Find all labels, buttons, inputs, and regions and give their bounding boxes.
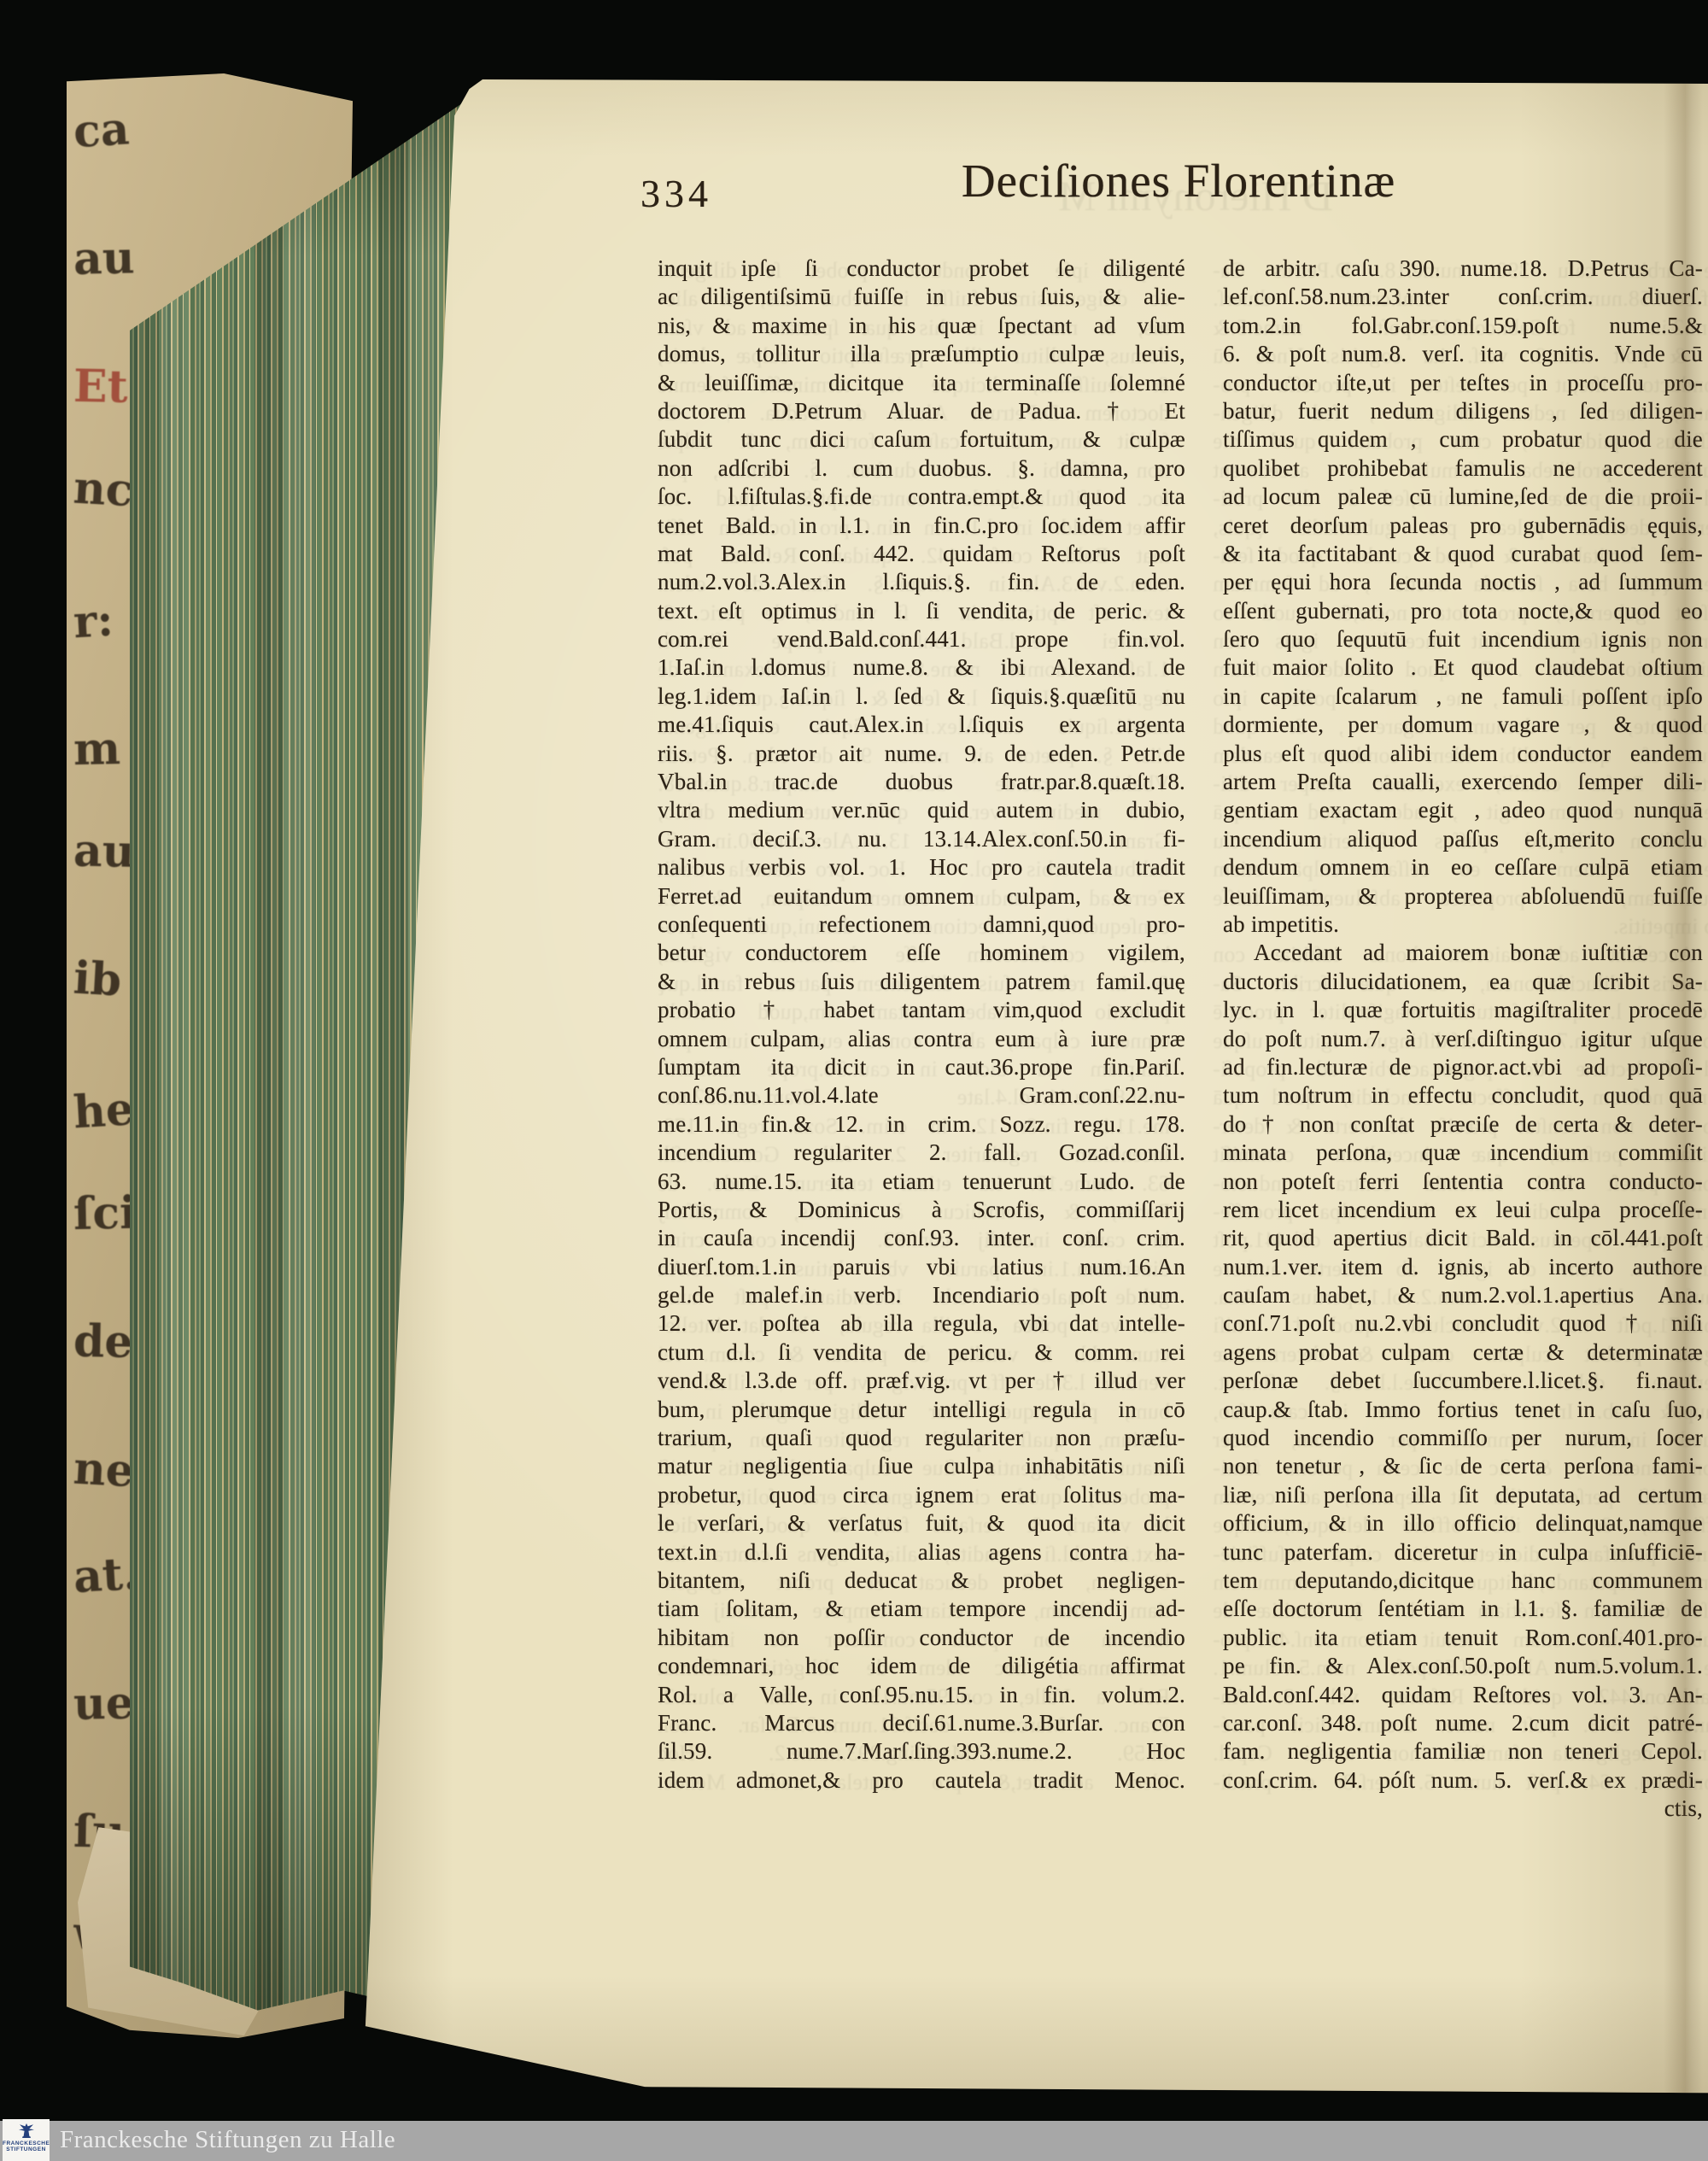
- text-line: artem Preſta caualli, exercendo ſemper d…: [1223, 768, 1703, 796]
- line-text: nalibus verbis vol. 1. Hoc pro cautela t…: [658, 854, 1185, 880]
- line-text: dendum omnem in eo ceſſare culpā etiam: [1223, 854, 1703, 880]
- text-line: eſſe doctorum ſentétiam in l.1. §. famil…: [1223, 1595, 1703, 1623]
- line-text: Bald.conſ.442. quidam Reſtores vol. 3. A…: [1223, 1682, 1703, 1707]
- page-number: 334: [640, 171, 786, 216]
- line-text: ac diligentiſsimū fuiſſe in rebus ſuis, …: [658, 284, 1185, 309]
- line-text: ductoris dilucidationem, ea quæ ſcribit …: [1223, 969, 1703, 994]
- text-line: Gram. deciſ.3. nu. 13.14.Alex.conſ.50.in…: [658, 825, 1185, 853]
- line-text: public. ita etiam tenuit Rom.conſ.401.pr…: [1223, 1625, 1703, 1650]
- line-text: me.41.ſiquis caut.Alex.in l.ſiquis ex ar…: [658, 712, 1185, 737]
- line-text: Franc. Marcus deciſ.61.nume.3.Burſar. co…: [658, 1710, 1185, 1736]
- line-text: pe fin. & Alex.conſ.50.poſt num.5.volum.…: [1223, 1653, 1703, 1678]
- line-text: gentiam exactam egit , adeo quod nunquā: [1223, 797, 1703, 823]
- text-line: ab impetitis.: [1223, 911, 1703, 939]
- line-text: ceret deorſum paleas pro gubernādis ęqui…: [1223, 512, 1703, 538]
- line-text: fam. negligentia familiæ non teneri Cepo…: [1223, 1738, 1703, 1764]
- text-line: tum noſtrum in effectu concludit, quod q…: [1223, 1081, 1703, 1110]
- text-line: non tenetur , & ſic de certa perſona fam…: [1223, 1452, 1703, 1480]
- text-column-right: de arbitr. caſu 390. nume.18. D.Petrus C…: [1223, 255, 1703, 1823]
- text-line: & leuiſſimæ, dicitque ita terminaſſe ſol…: [658, 369, 1185, 397]
- line-text: condemnari, hoc idem de diligétia affirm…: [658, 1653, 1185, 1678]
- line-text: & leuiſſimæ, dicitque ita terminaſſe ſol…: [658, 370, 1185, 395]
- line-text: ſumptam ita dicit in caut.36.prope fin.P…: [658, 1054, 1185, 1080]
- line-text: minata perſona, quæ incendium commiſit: [1223, 1139, 1703, 1165]
- line-text: text. eſt optimus in l. ſi vendita, de p…: [658, 598, 1185, 624]
- text-line: ac diligentiſsimū fuiſſe in rebus ſuis, …: [658, 283, 1185, 311]
- text-line: Bald.conſ.442. quidam Reſtores vol. 3. A…: [1223, 1681, 1703, 1709]
- text-line: riis. §. prætor ait nume. 9. de eden. Pe…: [658, 740, 1185, 768]
- line-text: caup.& ſtab. Immo fortius tenet in caſu …: [1223, 1397, 1703, 1422]
- line-text: diuerſ.tom.1.in paruis vbi latius num.16…: [658, 1254, 1185, 1280]
- line-text: Rol. a Valle, conſ.95.nu.15. in fin. vol…: [658, 1682, 1185, 1707]
- line-text: do poſt num.7. à verſ.diſtinguo igitur u…: [1223, 1026, 1703, 1051]
- line-text: incendium regulariter 2. fall. Gozad.con…: [658, 1139, 1185, 1165]
- text-line: tiſſimus quidem , cum probatur quod die: [1223, 425, 1703, 454]
- line-text: tem deputando,dicitque hanc communem: [1223, 1567, 1703, 1593]
- text-line: gel.de malef.in verb. Incendiario poſt n…: [658, 1281, 1185, 1309]
- text-line: de arbitr. caſu 390. nume.18. D.Petrus C…: [1223, 255, 1703, 283]
- line-text: com.rei vend.Bald.conſ.441. prope fin.vo…: [658, 626, 1185, 652]
- text-line: com.rei vend.Bald.conſ.441. prope fin.vo…: [658, 625, 1185, 653]
- text-line: eſſent gubernati, pro tota nocte,& quod …: [1223, 597, 1703, 625]
- blackletter-fragment: ca: [73, 105, 178, 155]
- line-text: idem admonet,& pro cautela tradit Menoc.: [658, 1767, 1185, 1793]
- line-text: vend.& l.3.de off. præf.vig. vt per † il…: [658, 1367, 1185, 1393]
- text-line: plus eſt quod alibi idem conductor eande…: [1223, 740, 1703, 768]
- line-text: non tenetur , & ſic de certa perſona fam…: [1223, 1453, 1703, 1479]
- text-line: Rol. a Valle, conſ.95.nu.15. in fin. vol…: [658, 1681, 1185, 1709]
- text-line: non poteſt ferri ſententia contra conduc…: [1223, 1168, 1703, 1196]
- line-text: vltra medium ver.nūc quid autem in dubio…: [658, 797, 1185, 823]
- text-line: 1.Iaſ.in l.domus nume.8. & ibi Alexand. …: [658, 653, 1185, 682]
- text-line: nalibus verbis vol. 1. Hoc pro cautela t…: [658, 853, 1185, 881]
- text-line: & in rebus ſuis diligentem patrem famil.…: [658, 968, 1185, 996]
- text-line: num.2.vol.3.Alex.in l.ſiquis.§. fin. de …: [658, 568, 1185, 596]
- text-line: ſero quo ſequutū fuit incendium ignis no…: [1223, 625, 1703, 653]
- line-text: Portis, & Dominicus à Scrofis, commiſſar…: [658, 1197, 1185, 1222]
- text-line: me.41.ſiquis caut.Alex.in l.ſiquis ex ar…: [658, 711, 1185, 739]
- text-line: conductor iſte,ut per teſtes in proceſſu…: [1223, 369, 1703, 397]
- line-text: Accedant ad maiorem bonæ iuſtitiæ con: [1254, 940, 1703, 965]
- text-line: mat Bald. conſ. 442. quidam Reſtorus poſ…: [658, 540, 1185, 568]
- text-line: Portis, & Dominicus à Scrofis, commiſſar…: [658, 1196, 1185, 1224]
- text-line: probetur, quod circa ignem erat ſolitus …: [658, 1481, 1185, 1509]
- line-text: de arbitr. caſu 390. nume.18. D.Petrus C…: [1223, 255, 1703, 281]
- text-line: ceret deorſum paleas pro gubernādis ęqui…: [1223, 512, 1703, 540]
- line-text: 1.Iaſ.in l.domus nume.8. & ibi Alexand. …: [658, 654, 1185, 680]
- line-text: 6. & poſt num.8. verſ. ita cognitis. Vnd…: [1223, 341, 1703, 366]
- text-line: 29probatio † habet tantam vim,quod exclu…: [658, 996, 1185, 1024]
- text-line: 30vend.& l.3.de off. præf.vig. vt per † …: [658, 1367, 1185, 1395]
- line-text: rem licet incendium ex leui culpa proceſ…: [1223, 1197, 1703, 1222]
- line-text: quolibet prohibebat famulis ne accederen…: [1223, 455, 1703, 481]
- text-line: caup.& ſtab. Immo fortius tenet in caſu …: [1223, 1396, 1703, 1424]
- text-line: conſequenti refectionem damni,quod pro-: [658, 911, 1185, 939]
- line-text: num.1.ver. item d. ignis, ab incerto aut…: [1223, 1254, 1703, 1280]
- line-text: conductor iſte,ut per teſtes in proceſſu…: [1223, 370, 1703, 395]
- line-text: conſ.86.nu.11.vol.4.late Gram.conſ.22.nu…: [658, 1082, 1185, 1108]
- line-text: liæ, niſi perſona illa ſit deputata, ad …: [1223, 1482, 1703, 1508]
- line-text: 12. ver. poſtea ab illa regula, vbi dat …: [658, 1310, 1185, 1336]
- text-line: num.1.ver. item d. ignis, ab incerto aut…: [1223, 1253, 1703, 1281]
- text-line: condemnari, hoc idem de diligétia affirm…: [658, 1652, 1185, 1680]
- text-line: quolibet prohibebat famulis ne accederen…: [1223, 454, 1703, 483]
- text-line: 28doctorem D.Petrum Aluar. de Padua. † E…: [658, 397, 1185, 425]
- text-line: per ęqui hora ſecunda noctis , ad ſummum: [1223, 568, 1703, 596]
- text-line: 6. & poſt num.8. verſ. ita cognitis. Vnd…: [1223, 340, 1703, 368]
- text-line: betur conductorem eſſe hominem vigilem,: [658, 939, 1185, 967]
- text-line: lef.conſ.58.num.23.inter conſ.crim. diue…: [1223, 283, 1703, 311]
- line-text: conſ.71.poſt nu.2.vbi concludit quod † n…: [1223, 1310, 1703, 1336]
- line-text: lef.conſ.58.num.23.inter conſ.crim. diue…: [1223, 284, 1703, 309]
- text-line: dormiente, per domum vagare , & quod: [1223, 711, 1703, 739]
- line-text: eſſent gubernati, pro tota nocte,& quod …: [1223, 598, 1703, 624]
- book-scan-photo: caauEtncr:mauibheſciderneat.ueſuwz D Hie…: [0, 0, 1708, 2161]
- line-text: lyc. in l. quæ fortuitis magiſtraliter p…: [1223, 997, 1703, 1022]
- line-text: mat Bald. conſ. 442. quidam Reſtorus poſ…: [658, 541, 1185, 566]
- line-text: fuit maior ſolito . Et quod claudebat oſ…: [1223, 654, 1703, 680]
- text-line: inquit ipſe ſi conductor probet ſe dilig…: [658, 255, 1185, 283]
- line-text: Vbal.in trac.de duobus fratr.par.8.quæſt…: [658, 769, 1185, 794]
- line-text: quod incendio commiſſo per nurum, ſocer: [1223, 1425, 1703, 1450]
- line-text: text.in d.l.ſi vendita, alias agens cont…: [658, 1539, 1185, 1565]
- archive-logo-caption-1: FRANCKESCHE: [3, 2141, 50, 2146]
- text-line: ctum d.l. ſi vendita de pericu. & comm. …: [658, 1338, 1185, 1367]
- text-line: le verſari, & verſatus fuit, & quod ita …: [658, 1509, 1185, 1537]
- line-text: betur conductorem eſſe hominem vigilem,: [658, 940, 1185, 965]
- text-line: do poſt num.7. à verſ.diſtinguo igitur u…: [1223, 1025, 1703, 1053]
- line-text: probetur, quod circa ignem erat ſolitus …: [658, 1482, 1185, 1508]
- line-text: conſequenti refectionem damni,quod pro-: [658, 911, 1185, 937]
- text-line: text.in d.l.ſi vendita, alias agens cont…: [658, 1538, 1185, 1567]
- line-text: rit, quod apertius dicit Bald. in cōl.44…: [1223, 1225, 1703, 1250]
- text-line: bum, plerumque detur intelligi regula in…: [658, 1396, 1185, 1424]
- line-text: ſubdit tunc dici caſum fortuitum, & culp…: [658, 426, 1185, 452]
- text-line: ductoris dilucidationem, ea quæ ſcribit …: [1223, 968, 1703, 996]
- text-line: leuiſſimam, & propterea abſoluendū fuiſſ…: [1223, 882, 1703, 911]
- archive-logo-caption-2: STIFTUNGEN: [3, 2146, 50, 2152]
- line-text: ctum d.l. ſi vendita de pericu. & comm. …: [658, 1339, 1185, 1365]
- text-line: idem admonet,& pro cautela tradit Menoc.: [658, 1766, 1185, 1795]
- text-line: officium, & in illo officio delinquat,na…: [1223, 1509, 1703, 1537]
- line-text: Gram. deciſ.3. nu. 13.14.Alex.conſ.50.in…: [658, 826, 1185, 852]
- line-text: leg.1.idem Iaſ.in l. ſed & ſiquis.§.quæſ…: [658, 683, 1185, 709]
- text-line: quod incendio commiſſo per nurum, ſocer: [1223, 1424, 1703, 1452]
- line-text: omnem culpam, alias contra eum à iure pr…: [658, 1026, 1185, 1051]
- line-text: ſoc. l.fiſtulas.§.fi.de contra.empt.& qu…: [658, 483, 1185, 509]
- line-text: ad locum paleæ cū lumine,ſed de die proi…: [1223, 483, 1703, 509]
- line-text: inquit ipſe ſi conductor probet ſe dilig…: [658, 255, 1185, 281]
- text-line: conſ.crim. 64. póſt num. 5. verſ.& ex pr…: [1223, 1766, 1703, 1795]
- line-text: do † non conſtat præciſe de certa & dete…: [1223, 1111, 1703, 1137]
- text-line: tunc paterfam. diceretur in culpa inſuff…: [1223, 1538, 1703, 1567]
- line-text: gel.de malef.in verb. Incendiario poſt n…: [658, 1282, 1185, 1308]
- text-line: me.11.in fin.& 12. in crim. Sozz. regu. …: [658, 1110, 1185, 1139]
- text-line: incendium aliquod paſſus eſt,merito conc…: [1223, 825, 1703, 853]
- line-text: probatio † habet tantam vim,quod excludi…: [658, 997, 1185, 1022]
- text-line: matur negligentia ſiue culpa inhabitātis…: [658, 1452, 1185, 1480]
- line-text: le verſari, & verſatus fuit, & quod ita …: [658, 1510, 1185, 1536]
- text-line: rem licet incendium ex leui culpa proceſ…: [1223, 1196, 1703, 1224]
- text-line: omnem culpam, alias contra eum à iure pr…: [658, 1025, 1185, 1053]
- line-text: bum, plerumque detur intelligi regula in…: [658, 1397, 1185, 1422]
- line-text: ſero quo ſequutū fuit incendium ignis no…: [1223, 626, 1703, 652]
- text-line: diuerſ.tom.1.in paruis vbi latius num.16…: [658, 1253, 1185, 1281]
- text-line: dendum omnem in eo ceſſare culpā etiam: [1223, 853, 1703, 881]
- text-line: bitantem, niſi deducat & probet negligen…: [658, 1567, 1185, 1595]
- text-line: car.conſ. 348. poſt nume. 2.cum dicit pa…: [1223, 1709, 1703, 1737]
- line-text: riis. §. prætor ait nume. 9. de eden. Pe…: [658, 741, 1185, 766]
- archive-name: Franckesche Stiftungen zu Halle: [60, 2121, 395, 2161]
- line-text: leuiſſimam, & propterea abſoluendū fuiſſ…: [1223, 883, 1703, 909]
- archive-footer-bar: Franckesche Stiftungen zu Halle: [0, 2121, 1708, 2161]
- text-line: incendium regulariter 2. fall. Gozad.con…: [658, 1139, 1185, 1167]
- archive-logo: FRANCKESCHE STIFTUNGEN: [3, 2119, 50, 2161]
- line-text: & ita factitabant & quod curabat quod ſe…: [1223, 541, 1703, 566]
- line-text: agens probat culpam certæ & determinatæ: [1223, 1339, 1703, 1365]
- line-text: non poteſt ferri ſententia contra conduc…: [1223, 1168, 1703, 1194]
- text-line: in capite ſcalarum , ne famuli poſſent i…: [1223, 682, 1703, 711]
- line-text: num.2.vol.3.Alex.in l.ſiquis.§. fin. de …: [658, 569, 1185, 594]
- line-text: matur negligentia ſiue culpa inhabitātis…: [658, 1453, 1185, 1479]
- text-line: ſumptam ita dicit in caut.36.prope fin.P…: [658, 1053, 1185, 1081]
- line-text: tenet Bald. in l.1. in fin.C.pro ſoc.ide…: [658, 512, 1185, 538]
- text-line: agens probat culpam certæ & determinatæ: [1223, 1338, 1703, 1367]
- catchword: ctis,: [1223, 1795, 1703, 1823]
- line-text: domus, tollitur illa præſumptio culpæ le…: [658, 341, 1185, 366]
- line-text: ad fin.lecturæ de pignor.act.vbi ad prop…: [1223, 1054, 1703, 1080]
- text-line: 31do † non conſtat præciſe de certa & de…: [1223, 1110, 1703, 1139]
- text-line: gentiam exactam egit , adeo quod nunquā: [1223, 796, 1703, 824]
- text-line: ad fin.lecturæ de pignor.act.vbi ad prop…: [1223, 1053, 1703, 1081]
- line-text: bitantem, niſi deducat & probet negligen…: [658, 1567, 1185, 1593]
- text-line: domus, tollitur illa præſumptio culpæ le…: [658, 340, 1185, 368]
- line-text: officium, & in illo officio delinquat,na…: [1223, 1510, 1703, 1536]
- eagle-icon: [16, 2122, 37, 2141]
- text-line: Ferret.ad euitandum omnem culpam, & ex: [658, 882, 1185, 911]
- text-line: fuit maior ſolito . Et quod claudebat oſ…: [1223, 653, 1703, 682]
- line-text: & in rebus ſuis diligentem patrem famil.…: [658, 969, 1185, 994]
- text-line: vltra medium ver.nūc quid autem in dubio…: [658, 796, 1185, 824]
- line-text: tiſſimus quidem , cum probatur quod die: [1223, 426, 1703, 452]
- text-line: nis, & maxime in his quæ ſpectant ad vſu…: [658, 312, 1185, 340]
- line-text: in capite ſcalarum , ne famuli poſſent i…: [1223, 683, 1703, 709]
- line-text: ſil.59. nume.7.Marſ.ſing.393.nume.2. Hoc: [658, 1738, 1185, 1764]
- line-text: tum noſtrum in effectu concludit, quod q…: [1223, 1082, 1703, 1108]
- text-line: rit, quod apertius dicit Bald. in cōl.44…: [1223, 1224, 1703, 1252]
- text-line: leg.1.idem Iaſ.in l. ſed & ſiquis.§.quæſ…: [658, 682, 1185, 711]
- text-line: 12. ver. poſtea ab illa regula, vbi dat …: [658, 1309, 1185, 1338]
- line-text: car.conſ. 348. poſt nume. 2.cum dicit pa…: [1223, 1710, 1703, 1736]
- line-text: cauſam habet, & num.2.vol.1.apertius Ana…: [1223, 1282, 1703, 1308]
- text-line: pe fin. & Alex.conſ.50.poſt num.5.volum.…: [1223, 1652, 1703, 1680]
- line-text: hibitam non poſſir conductor de incendio: [658, 1625, 1185, 1650]
- text-line: in cauſa incendij conſ.93. inter. conſ. …: [658, 1224, 1185, 1252]
- gutter-crease: [1664, 75, 1703, 2097]
- line-text: nis, & maxime in his quæ ſpectant ad vſu…: [658, 313, 1185, 338]
- line-text: 63. nume.15. ita etiam tenuerunt Ludo. d…: [658, 1168, 1185, 1194]
- text-line: public. ita etiam tenuit Rom.conſ.401.pr…: [1223, 1624, 1703, 1652]
- line-text: incendium aliquod paſſus eſt,merito conc…: [1223, 826, 1703, 852]
- text-line: batur, fuerit nedum diligens , ſed dilig…: [1223, 397, 1703, 425]
- line-text: artem Preſta caualli, exercendo ſemper d…: [1223, 769, 1703, 794]
- text-line: ad locum paleæ cū lumine,ſed de die proi…: [1223, 483, 1703, 511]
- text-line: trarium, quaſi quod regulariter non præſ…: [658, 1424, 1185, 1452]
- text-line: 63. nume.15. ita etiam tenuerunt Ludo. d…: [658, 1168, 1185, 1196]
- line-text: batur, fuerit nedum diligens , ſed dilig…: [1223, 398, 1703, 424]
- text-line: fam. negligentia familiæ non teneri Cepo…: [1223, 1737, 1703, 1766]
- text-line: tenet Bald. in l.1. in fin.C.pro ſoc.ide…: [658, 512, 1185, 540]
- text-line: ſoc. l.fiſtulas.§.fi.de contra.empt.& qu…: [658, 483, 1185, 511]
- text-line: ſil.59. nume.7.Marſ.ſing.393.nume.2. Hoc: [658, 1737, 1185, 1766]
- line-text: eſſe doctorum ſentétiam in l.1. §. famil…: [1223, 1596, 1703, 1621]
- text-line: lyc. in l. quæ fortuitis magiſtraliter p…: [1223, 996, 1703, 1024]
- text-line: tem deputando,dicitque hanc communem: [1223, 1567, 1703, 1595]
- text-line: conſ.86.nu.11.vol.4.late Gram.conſ.22.nu…: [658, 1081, 1185, 1110]
- line-text: per ęqui hora ſecunda noctis , ad ſummum: [1223, 569, 1703, 594]
- text-line: 32conſ.71.poſt nu.2.vbi concludit quod †…: [1223, 1309, 1703, 1338]
- running-title: Deciſiones Florentinæ: [863, 154, 1494, 208]
- text-line: cauſam habet, & num.2.vol.1.apertius Ana…: [1223, 1281, 1703, 1309]
- line-text: tom.2.in fol.Gabr.conſ.159.poſt nume.5.&: [1223, 313, 1703, 338]
- text-line: minata perſona, quæ incendium commiſit: [1223, 1139, 1703, 1167]
- line-text: non adſcribi l. cum duobus. §. damna, pr…: [658, 455, 1185, 481]
- text-line: tiam ſolitam, & etiam tempore incendij a…: [658, 1595, 1185, 1623]
- line-text: trarium, quaſi quod regulariter non præſ…: [658, 1425, 1185, 1450]
- text-line: liæ, niſi perſona illa ſit deputata, ad …: [1223, 1481, 1703, 1509]
- text-line: perſonæ debet ſuccumbere.l.licet.§. fi.n…: [1223, 1367, 1703, 1395]
- line-text: doctorem D.Petrum Aluar. de Padua. † Et: [658, 398, 1185, 424]
- line-text: me.11.in fin.& 12. in crim. Sozz. regu. …: [658, 1111, 1185, 1137]
- text-line: Franc. Marcus deciſ.61.nume.3.Burſar. co…: [658, 1709, 1185, 1737]
- line-text: tunc paterfam. diceretur in culpa inſuff…: [1223, 1539, 1703, 1565]
- book-page: D Hieronymi M de arbitr. caſu 390. nume.…: [359, 75, 1708, 2097]
- line-text: perſonæ debet ſuccumbere.l.licet.§. fi.n…: [1223, 1367, 1703, 1393]
- line-text: Ferret.ad euitandum omnem culpam, & ex: [658, 883, 1185, 909]
- text-line: non adſcribi l. cum duobus. §. damna, pr…: [658, 454, 1185, 483]
- text-line: text. eſt optimus in l. ſi vendita, de p…: [658, 597, 1185, 625]
- text-line: & ita factitabant & quod curabat quod ſe…: [1223, 540, 1703, 568]
- line-text: ab impetitis.: [1223, 911, 1339, 937]
- text-column-left: inquit ipſe ſi conductor probet ſe dilig…: [658, 255, 1185, 1795]
- line-text: tiam ſolitam, & etiam tempore incendij a…: [658, 1596, 1185, 1621]
- text-line: ſubdit tunc dici caſum fortuitum, & culp…: [658, 425, 1185, 454]
- text-line: Vbal.in trac.de duobus fratr.par.8.quæſt…: [658, 768, 1185, 796]
- text-line: Accedant ad maiorem bonæ iuſtitiæ con: [1223, 939, 1703, 967]
- line-text: dormiente, per domum vagare , & quod: [1223, 712, 1703, 737]
- text-line: tom.2.in fol.Gabr.conſ.159.poſt nume.5.&: [1223, 312, 1703, 340]
- blackletter-fragment: au: [73, 236, 177, 282]
- line-text: in cauſa incendij conſ.93. inter. conſ. …: [658, 1225, 1185, 1250]
- line-text: plus eſt quod alibi idem conductor eande…: [1223, 741, 1703, 766]
- line-text: conſ.crim. 64. póſt num. 5. verſ.& ex pr…: [1223, 1767, 1703, 1793]
- text-line: hibitam non poſſir conductor de incendio: [658, 1624, 1185, 1652]
